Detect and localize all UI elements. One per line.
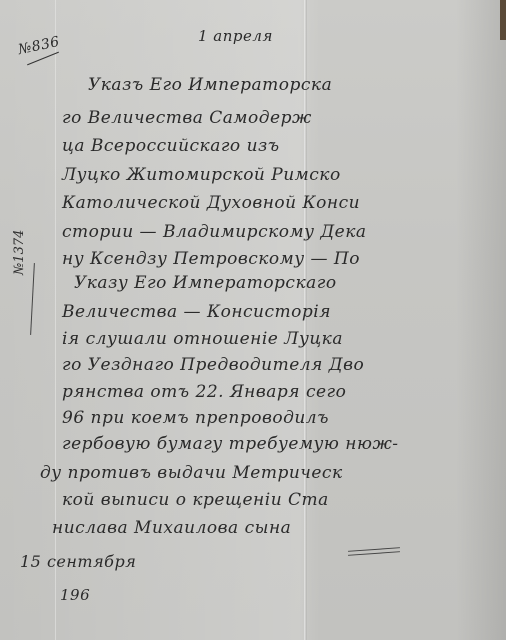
body-line: Католической Духовной Конси (62, 193, 360, 213)
body-line: 96 при коемъ препроводилъ (62, 408, 329, 428)
margin-reference-number: №1374 (12, 230, 27, 275)
body-line: ду противъ выдачи Метрическ (40, 463, 343, 483)
body-line: ну Ксендзу Петровскому — По (62, 249, 360, 269)
body-line: гербовую бумагу требуемую нюж- (62, 434, 399, 454)
paper-edge-shadow (456, 0, 506, 640)
footer-number: 196 (60, 586, 90, 604)
closing-double-rule (348, 549, 400, 555)
body-line: ія слушали отношеніе Луцка (62, 329, 343, 349)
document-paper: №836 1 апреля №1374 Указъ Его Императорс… (0, 0, 506, 640)
margin-fold (55, 0, 56, 640)
margin-rule (30, 263, 35, 335)
header-date: 1 апреля (198, 27, 273, 45)
background-corner (500, 0, 506, 40)
body-line: кой выписи о крещеніи Ста (62, 490, 329, 510)
body-line: Указъ Его Императорска (88, 75, 332, 95)
body-line: ца Всероссийскаго изъ (62, 136, 280, 156)
body-line: Величества — Консисторія (62, 302, 331, 322)
body-line: Указу Его Императорскаго (74, 273, 337, 293)
body-line: стории — Владимирскому Дека (62, 222, 367, 242)
body-line: го Уезднаго Предводителя Дво (62, 355, 364, 375)
footer-date: 15 сентября (20, 552, 136, 571)
body-line: Луцко Житомирской Римско (62, 165, 341, 185)
body-line: рянства отъ 22. Января сего (62, 382, 346, 402)
body-line: нислава Михаилова сына (52, 518, 291, 538)
body-line: го Величества Самодерж (62, 108, 312, 128)
